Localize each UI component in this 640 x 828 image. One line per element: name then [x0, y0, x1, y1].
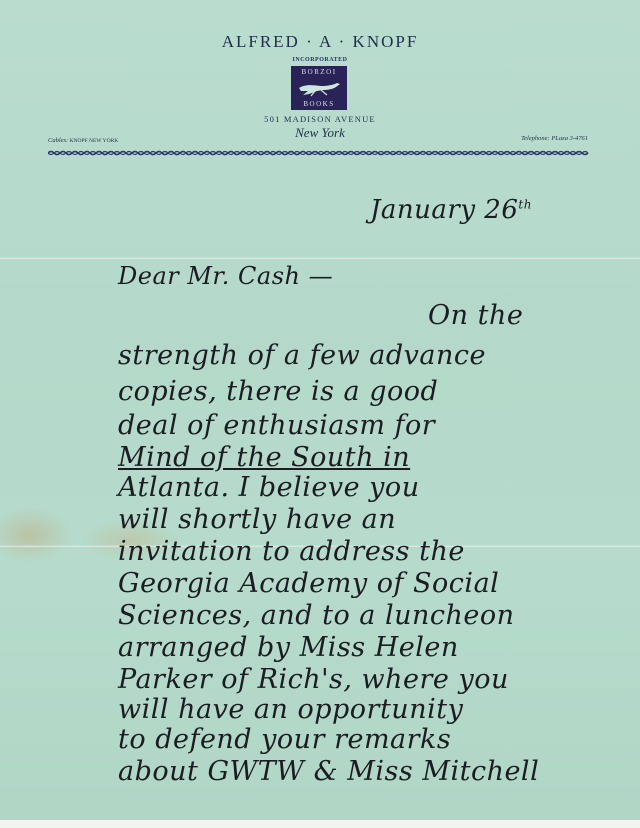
borzoi-dog-icon — [295, 79, 343, 97]
letter-line-book-title: Mind of the South in — [118, 442, 410, 473]
letter-line: arranged by Miss Helen — [118, 632, 459, 663]
cables-value: KNOPF NEW YORK — [70, 138, 119, 144]
letter-line: will shortly have an — [118, 504, 396, 535]
letter-line: to defend your remarks — [118, 724, 451, 755]
letter-line: Georgia Academy of Social — [118, 568, 499, 599]
date-text: January 26 — [370, 195, 518, 225]
letter-line: about GWTW & Miss Mitchell — [118, 756, 539, 787]
letter-line: Sciences, and to a luncheon — [118, 600, 515, 631]
telephone-info: Telephone: PLaza 3-4761 — [521, 135, 588, 142]
letter-line: invitation to address the — [118, 536, 465, 567]
letter-line: Parker of Rich's, where you — [118, 664, 509, 695]
letter-line: copies, there is a good — [118, 376, 438, 407]
letter-line: deal of enthusiasm for — [118, 410, 435, 441]
fold-line-upper — [0, 257, 640, 260]
decorative-rule — [48, 150, 590, 156]
company-name: ALFRED · A · KNOPF — [0, 32, 640, 52]
logo-bottom-text: BOOKS — [303, 100, 334, 108]
salutation: Dear Mr. Cash — — [118, 262, 333, 290]
letter-line: On the — [428, 300, 523, 331]
letter-line: Atlanta. I believe you — [118, 472, 420, 503]
borzoi-books-logo: BORZOI BOOKS — [291, 66, 347, 110]
logo-top-text: BORZOI — [301, 68, 336, 76]
letter-date: January 26th — [370, 195, 532, 225]
letter-paper: ALFRED · A · KNOPF INCORPORATED BORZOI B… — [0, 0, 640, 820]
cables-info: Cables: KNOPF NEW YORK — [48, 137, 118, 144]
letter-line: strength of a few advance — [118, 340, 486, 371]
letter-line: will have an opportunity — [118, 694, 463, 725]
date-suffix: th — [518, 197, 532, 211]
cables-label: Cables: — [48, 137, 68, 144]
street-address: 501 MADISON AVENUE — [0, 114, 640, 124]
incorporated-label: INCORPORATED — [0, 57, 640, 63]
